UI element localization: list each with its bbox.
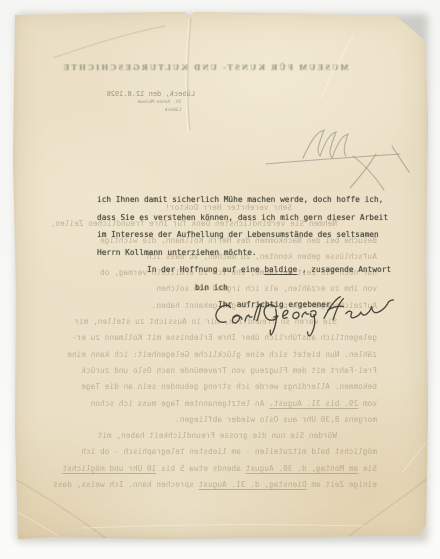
crease-overlay <box>13 10 428 539</box>
letter-paper: MUSEUM FÜR KUNST- UND KULTURGESCHICHTE L… <box>13 10 428 539</box>
scanned-letter-page: MUSEUM FÜR KUNST- UND KULTURGESCHICHTE L… <box>0 0 440 559</box>
